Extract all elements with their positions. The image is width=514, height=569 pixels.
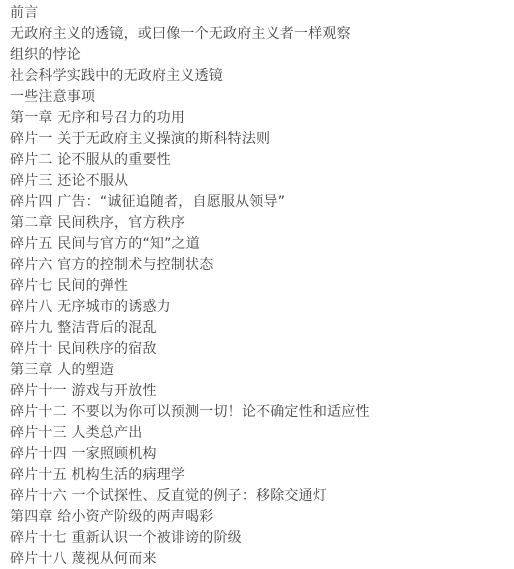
toc-line: 碎片十三 人类总产出 [10, 423, 504, 444]
toc-line: 碎片九 整洁背后的混乱 [10, 318, 504, 339]
toc-line: 碎片十一 游戏与开放性 [10, 381, 504, 402]
toc-line: 一些注意事项 [10, 87, 504, 108]
toc-line: 碎片六 官方的控制术与控制状态 [10, 255, 504, 276]
toc-line-chapter-1: 第一章 无序和号召力的功用 [10, 108, 504, 129]
toc-line: 碎片十 民间秩序的宿敌 [10, 339, 504, 360]
toc-line: 碎片十七 重新认识一个被诽谤的阶级 [10, 528, 504, 549]
toc-line: 无政府主义的透镜，或曰像一个无政府主义者一样观察 [10, 24, 504, 45]
toc-line-chapter-4: 第四章 给小资产阶级的两声喝彩 [10, 507, 504, 528]
toc-line: 碎片一 关于无政府主义操演的斯科特法则 [10, 129, 504, 150]
toc-line: 碎片八 无序城市的诱惑力 [10, 297, 504, 318]
toc-line-chapter-3: 第三章 人的塑造 [10, 360, 504, 381]
toc-line-chapter-2: 第二章 民间秩序，官方秩序 [10, 213, 504, 234]
toc-line: 组织的悖论 [10, 45, 504, 66]
toc-line: 碎片十五 机构生活的病理学 [10, 465, 504, 486]
toc-line: 碎片十四 一家照顾机构 [10, 444, 504, 465]
toc-line: 碎片十六 一个试探性、反直觉的例子：移除交通灯 [10, 486, 504, 507]
table-of-contents: 前言 无政府主义的透镜，或曰像一个无政府主义者一样观察 组织的悖论 社会科学实践… [0, 0, 514, 569]
toc-line-preface: 前言 [10, 3, 504, 24]
toc-line: 碎片十二 不要以为你可以预测一切！论不确定性和适应性 [10, 402, 504, 423]
toc-line: 碎片七 民间的弹性 [10, 276, 504, 297]
toc-line: 碎片五 民间与官方的“知”之道 [10, 234, 504, 255]
toc-line: 碎片三 还论不服从 [10, 171, 504, 192]
toc-line: 碎片十八 蔑视从何而来 [10, 549, 504, 569]
toc-line: 社会科学实践中的无政府主义透镜 [10, 66, 504, 87]
toc-line: 碎片二 论不服从的重要性 [10, 150, 504, 171]
toc-line: 碎片四 广告：“诚征追随者，自愿服从领导” [10, 192, 504, 213]
